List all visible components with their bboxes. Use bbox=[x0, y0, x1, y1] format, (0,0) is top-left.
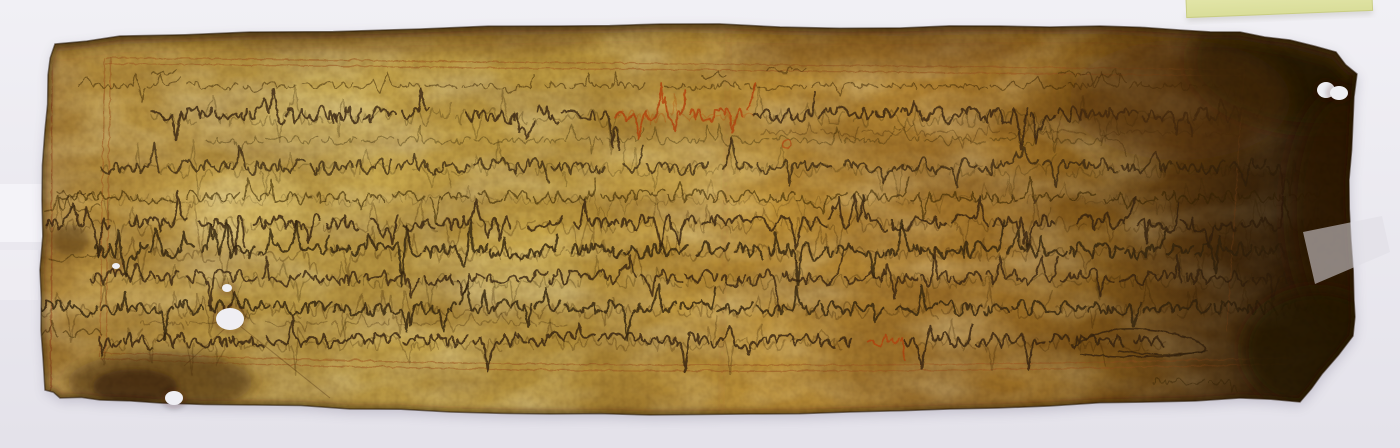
manuscript-photograph bbox=[0, 0, 1400, 448]
manuscript-leaf bbox=[30, 0, 1400, 448]
hole bbox=[112, 263, 120, 269]
hole bbox=[165, 391, 183, 405]
photo-stage bbox=[0, 0, 1400, 448]
fine-grain-texture bbox=[30, 15, 1370, 425]
left-tape-strip bbox=[0, 184, 44, 242]
left-tape-strip bbox=[0, 250, 38, 300]
hole bbox=[1330, 86, 1348, 100]
hole bbox=[222, 284, 232, 292]
hole bbox=[216, 308, 244, 330]
